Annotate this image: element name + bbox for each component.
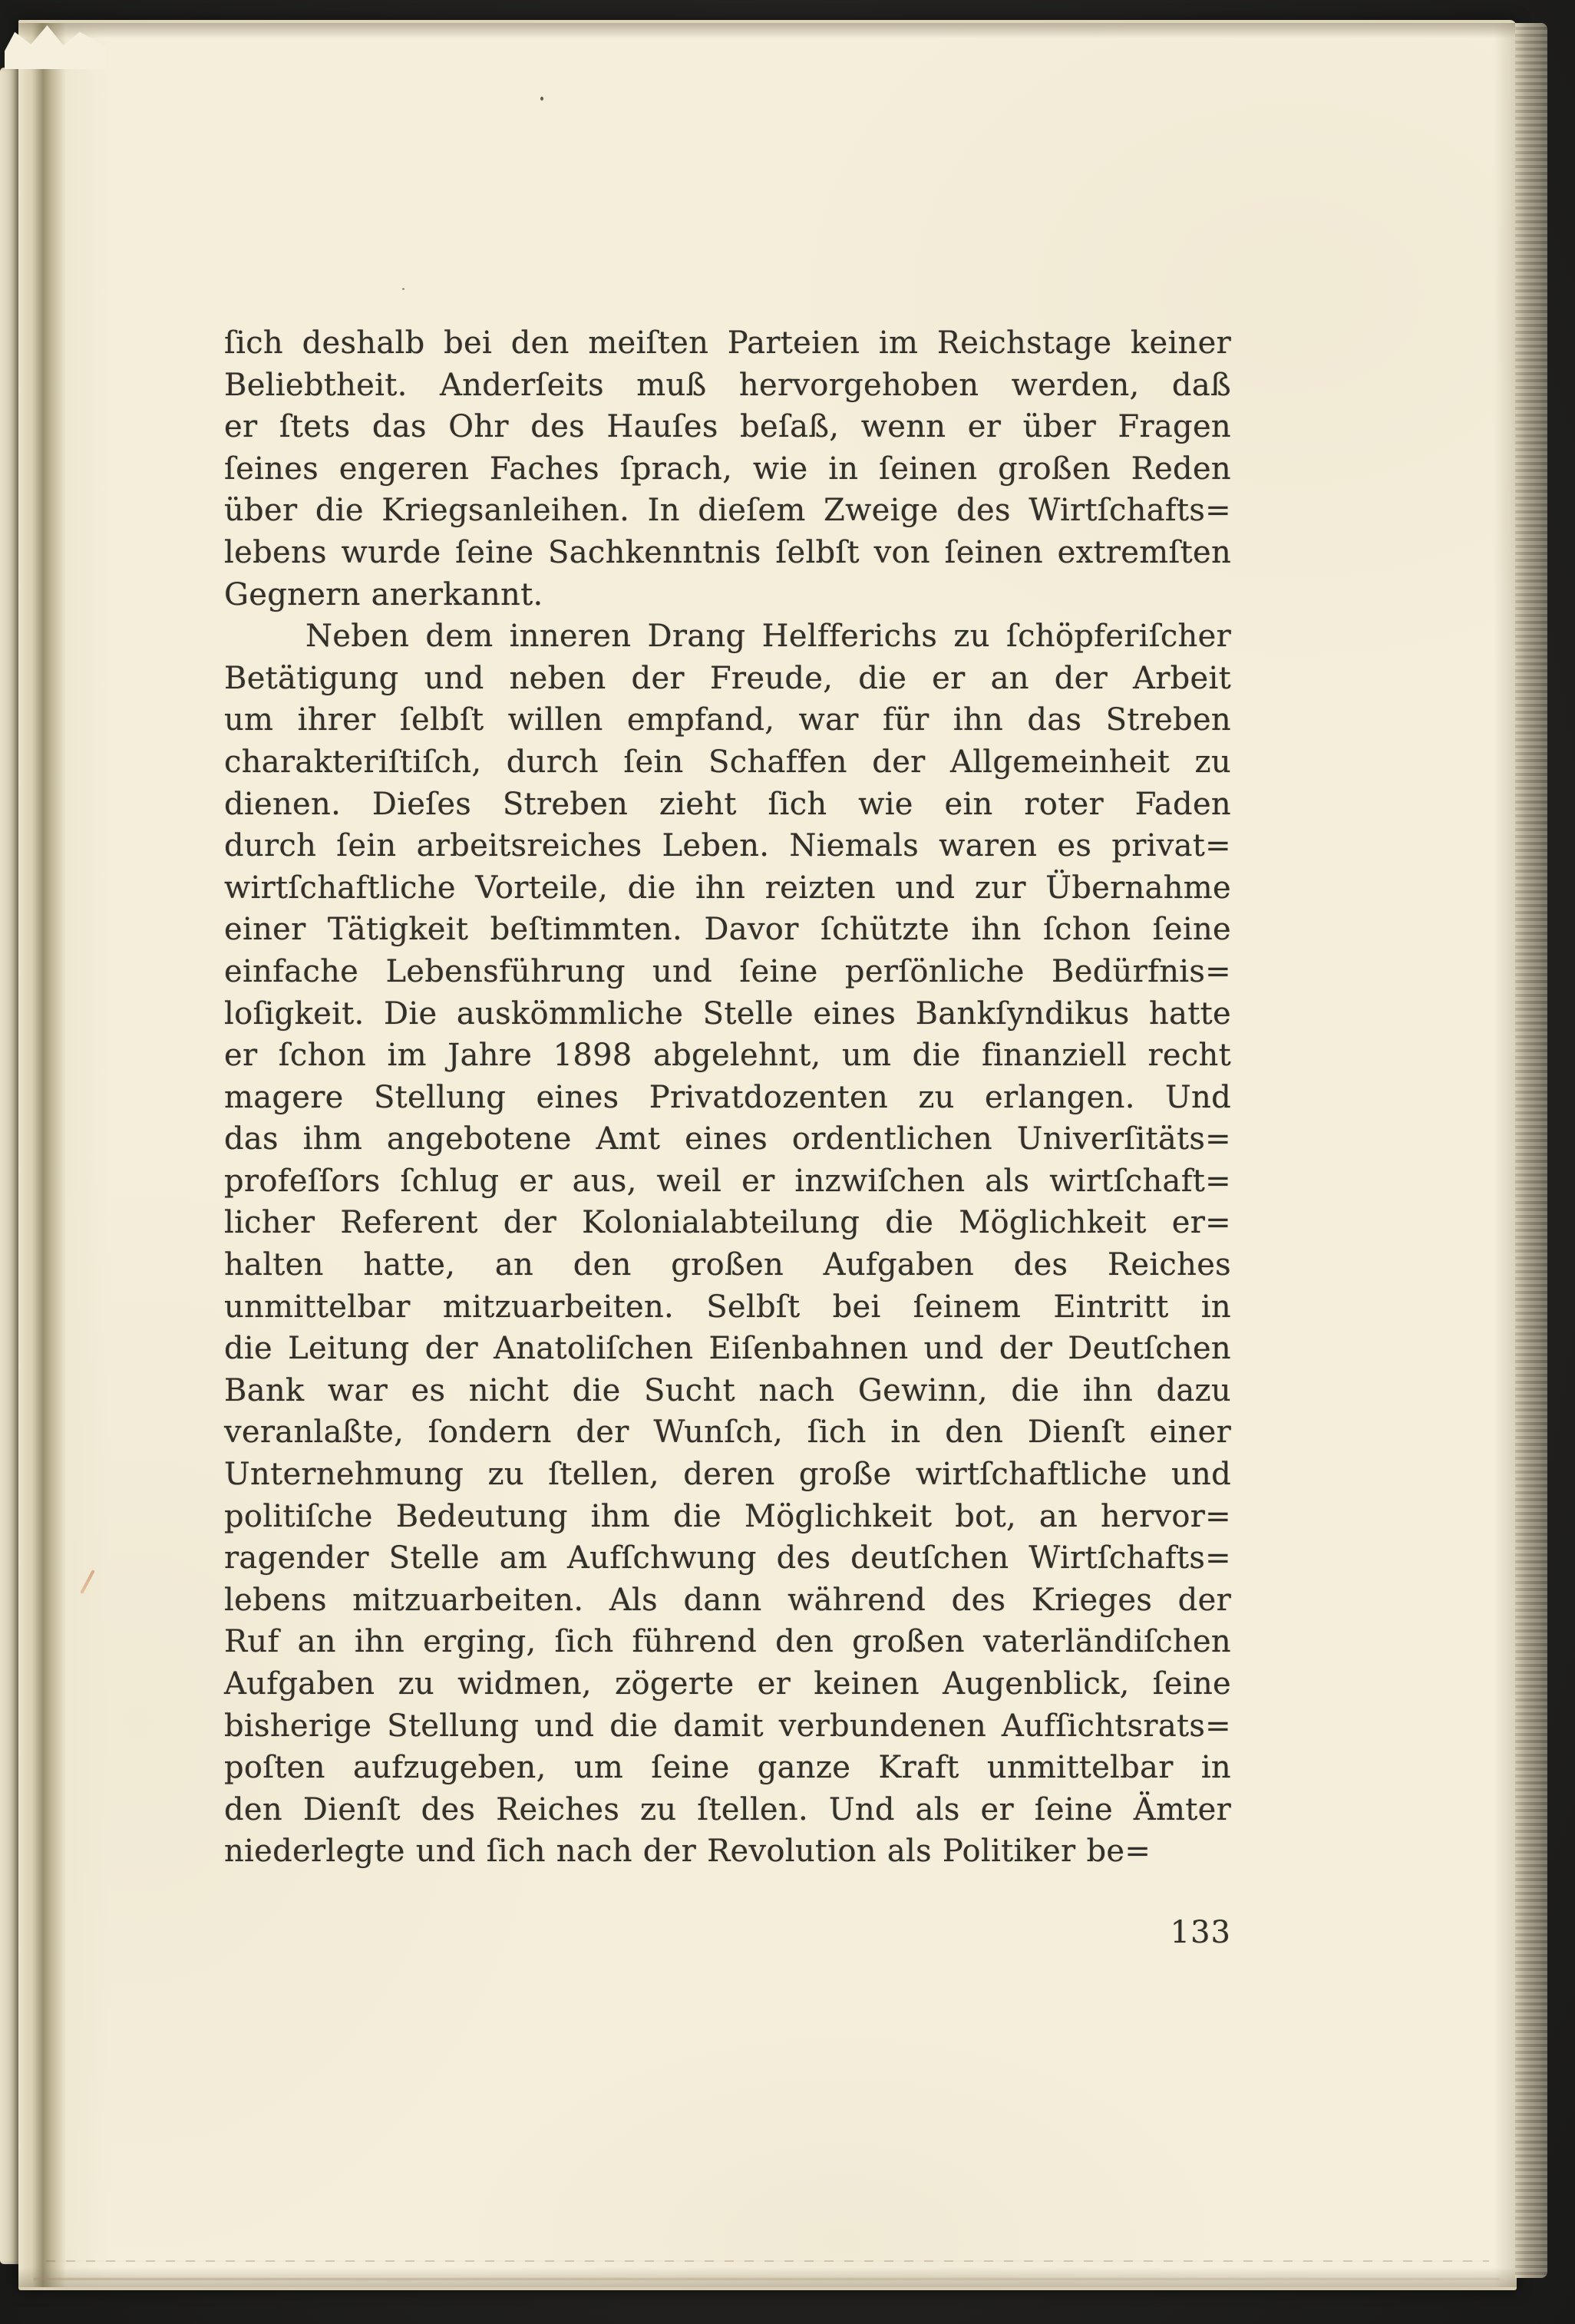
dust-speck: [540, 97, 543, 101]
text-line: er ſchon im Jahre 1898 abgelehnt, um die…: [224, 1035, 1231, 1077]
text-line: politiſche Bedeutung ihm die Möglichkeit…: [224, 1496, 1231, 1538]
page-text: ſich deshalb bei den meiſten Parteien im…: [224, 322, 1231, 1873]
text-line: durch ſein arbeitsreiches Leben. Niemals…: [224, 825, 1231, 867]
paragraph-2: Neben dem inneren Drang Helfferichs zu ſ…: [224, 616, 1231, 1873]
text-line: einer Tätigkeit beſtimmten. Davor ſchütz…: [224, 909, 1231, 951]
text-line: Ruf an ihn erging, ſich führend den groß…: [224, 1621, 1231, 1663]
bottom-page-edge-line: [34, 2278, 1500, 2280]
text-line: ſeines engeren Faches ſprach, wie in ſei…: [224, 448, 1231, 490]
text-line: lebens mitzuarbeiten. Als dann während d…: [224, 1580, 1231, 1622]
page-stack-fore-edge: [1515, 23, 1547, 2278]
book-scan-background: ſich deshalb bei den meiſten Parteien im…: [0, 0, 1575, 2324]
text-line: charakteriſtiſch, durch ſein Schaffen de…: [224, 741, 1231, 784]
text-line: dienen. Dieſes Streben zieht ſich wie ei…: [224, 784, 1231, 826]
text-line: Gegnern anerkannt.: [224, 574, 1231, 616]
text-line: das ihm angebotene Amt eines ordentliche…: [224, 1118, 1231, 1160]
fore-edge-shadow: [1494, 23, 1517, 2287]
text-line: loſigkeit. Die auskömmliche Stelle eines…: [224, 993, 1231, 1035]
text-line: unmittelbar mitzuarbeiten. Selbſt bei ſe…: [224, 1286, 1231, 1329]
text-line: Beliebtheit. Anderſeits muß hervorgehobe…: [224, 365, 1231, 407]
dust-speck: [402, 288, 404, 290]
text-line: ſich deshalb bei den meiſten Parteien im…: [224, 322, 1231, 365]
text-line: Unternehmung zu ſtellen, deren große wir…: [224, 1454, 1231, 1496]
text-line: Aufgaben zu widmen, zögerte er keinen Au…: [224, 1663, 1231, 1705]
text-line: Bank war es nicht die Sucht nach Gewinn,…: [224, 1370, 1231, 1412]
text-line: wirtſchaftliche Vorteile, die ihn reizte…: [224, 867, 1231, 909]
text-line: poſten aufzugeben, um ſeine ganze Kraft …: [224, 1747, 1231, 1789]
text-line: die Leitung der Anatoliſchen Eiſenbahnen…: [224, 1328, 1231, 1370]
text-line: licher Referent der Kolonialabteilung di…: [224, 1202, 1231, 1244]
text-line: Neben dem inneren Drang Helfferichs zu ſ…: [224, 616, 1231, 658]
text-line: magere Stellung eines Privatdozenten zu …: [224, 1077, 1231, 1119]
text-line: veranlaßte, ſondern der Wunſch, ſich in …: [224, 1411, 1231, 1454]
text-line: den Dienſt des Reiches zu ſtellen. Und a…: [224, 1789, 1231, 1831]
text-line: um ihrer ſelbſt willen empfand, war für …: [224, 699, 1231, 741]
gutter-page-sliver: [0, 68, 20, 2264]
bottom-fold-line: [46, 2260, 1489, 2262]
text-line: halten hatte, an den großen Aufgaben des…: [224, 1244, 1231, 1286]
text-line: über die Kriegsanleihen. In dieſem Zweig…: [224, 490, 1231, 532]
bottom-edge-shadow: [18, 2267, 1517, 2287]
text-line: ragender Stelle am Aufſchwung des deutſc…: [224, 1537, 1231, 1580]
text-line: niederlegte und ſich nach der Revolution…: [224, 1830, 1231, 1873]
page-number: 133: [224, 1912, 1231, 1954]
text-line: bisherige Stellung und die damit verbund…: [224, 1705, 1231, 1748]
text-line: Betätigung und neben der Freude, die er …: [224, 658, 1231, 700]
text-line: er ſtets das Ohr des Hauſes beſaß, wenn …: [224, 406, 1231, 448]
paragraph-1: ſich deshalb bei den meiſten Parteien im…: [224, 322, 1231, 616]
text-line: einfache Lebensführung und ſeine perſönl…: [224, 951, 1231, 993]
stray-pencil-mark: [80, 1570, 94, 1594]
gutter-crease-shadow: [18, 23, 111, 2287]
top-edge-shadow: [18, 23, 1517, 38]
text-line: profeſſors ſchlug er aus, weil er inzwiſ…: [224, 1160, 1231, 1203]
text-line: lebens wurde ſeine Sachkenntnis ſelbſt v…: [224, 532, 1231, 574]
page-sheet: ſich deshalb bei den meiſten Parteien im…: [18, 20, 1517, 2290]
